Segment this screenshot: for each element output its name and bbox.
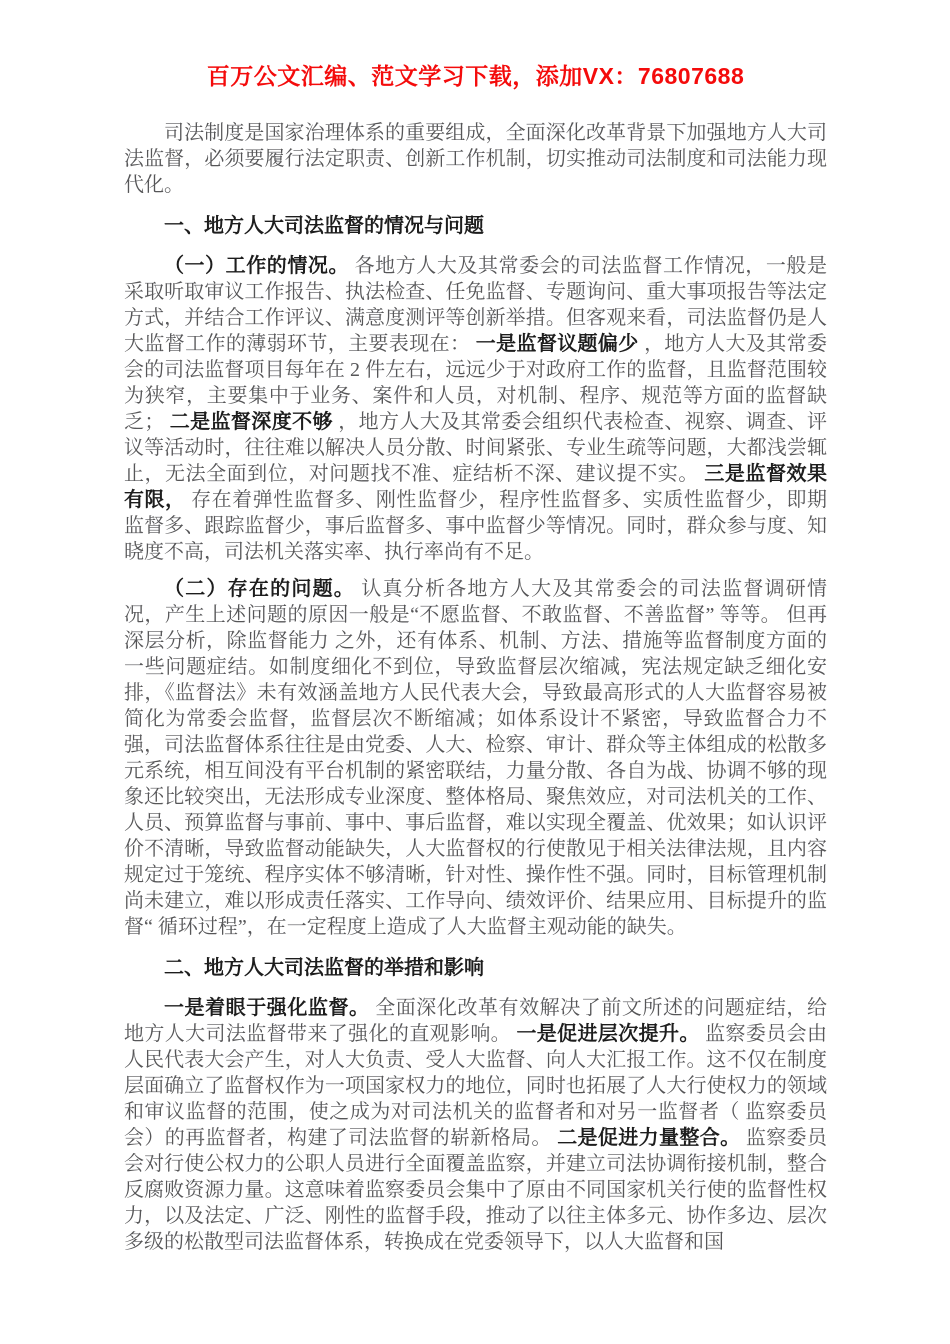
paragraph-strengthen-supervision: 一是着眼于强化监督。 全面深化改革有效解决了前文所述的问题症结，给地方人大司法监… (124, 995, 827, 1255)
text-run-bold: 二是促进力量整合。 (557, 1127, 740, 1149)
text-run-bold: 一是促进层次提升。 (516, 1023, 699, 1045)
text-run: 二、地方人大司法监督的举措和影响 (164, 957, 484, 979)
text-run: 司法制度是国家治理体系的重要组成，全面深化改革背景下加强地方人大司法监督，必须要… (124, 122, 827, 196)
document-page: 百万公文汇编、范文学习下载，添加VX：76807688 司法制度是国家治理体系的… (0, 0, 950, 1344)
paragraph-existing-problems: （二）存在的问题。 认真分析各地方人大及其常委会的司法监督调研情况，产生上述问题… (124, 576, 827, 940)
promo-banner-text: 百万公文汇编、范文学习下载，添加VX：76807688 (207, 63, 745, 89)
text-run-bold: 二是监督深度不够 (170, 411, 333, 433)
section-heading-1: 一、地方人大司法监督的情况与问题 (124, 213, 827, 239)
paragraph-work-situation: （一）工作的情况。 各地方人大及其常委会的司法监督工作情况，一般是采取听取审议工… (124, 253, 827, 565)
promo-banner: 百万公文汇编、范文学习下载，添加VX：76807688 (124, 62, 827, 90)
section-heading-2: 二、地方人大司法监督的举措和影响 (124, 955, 827, 981)
text-run-bold: 一是着眼于强化监督。 (164, 997, 370, 1019)
text-run-bold: 一是监督议题偏少 (476, 333, 639, 355)
text-run: 一、地方人大司法监督的情况与问题 (164, 215, 484, 237)
text-run: 认真分析各地方人大及其常委会的司法监督调研情况，产生上述问题的原因一般是“不愿监… (124, 578, 827, 938)
text-run-bold: （一）工作的情况。 (164, 255, 349, 277)
text-run: 存在着弹性监督多、刚性监督少，程序性监督多、实质性监督少，即期监督多、跟踪监督少… (124, 489, 827, 563)
text-run-bold: （二）存在的问题。 (164, 578, 355, 600)
paragraph-intro: 司法制度是国家治理体系的重要组成，全面深化改革背景下加强地方人大司法监督，必须要… (124, 120, 827, 198)
